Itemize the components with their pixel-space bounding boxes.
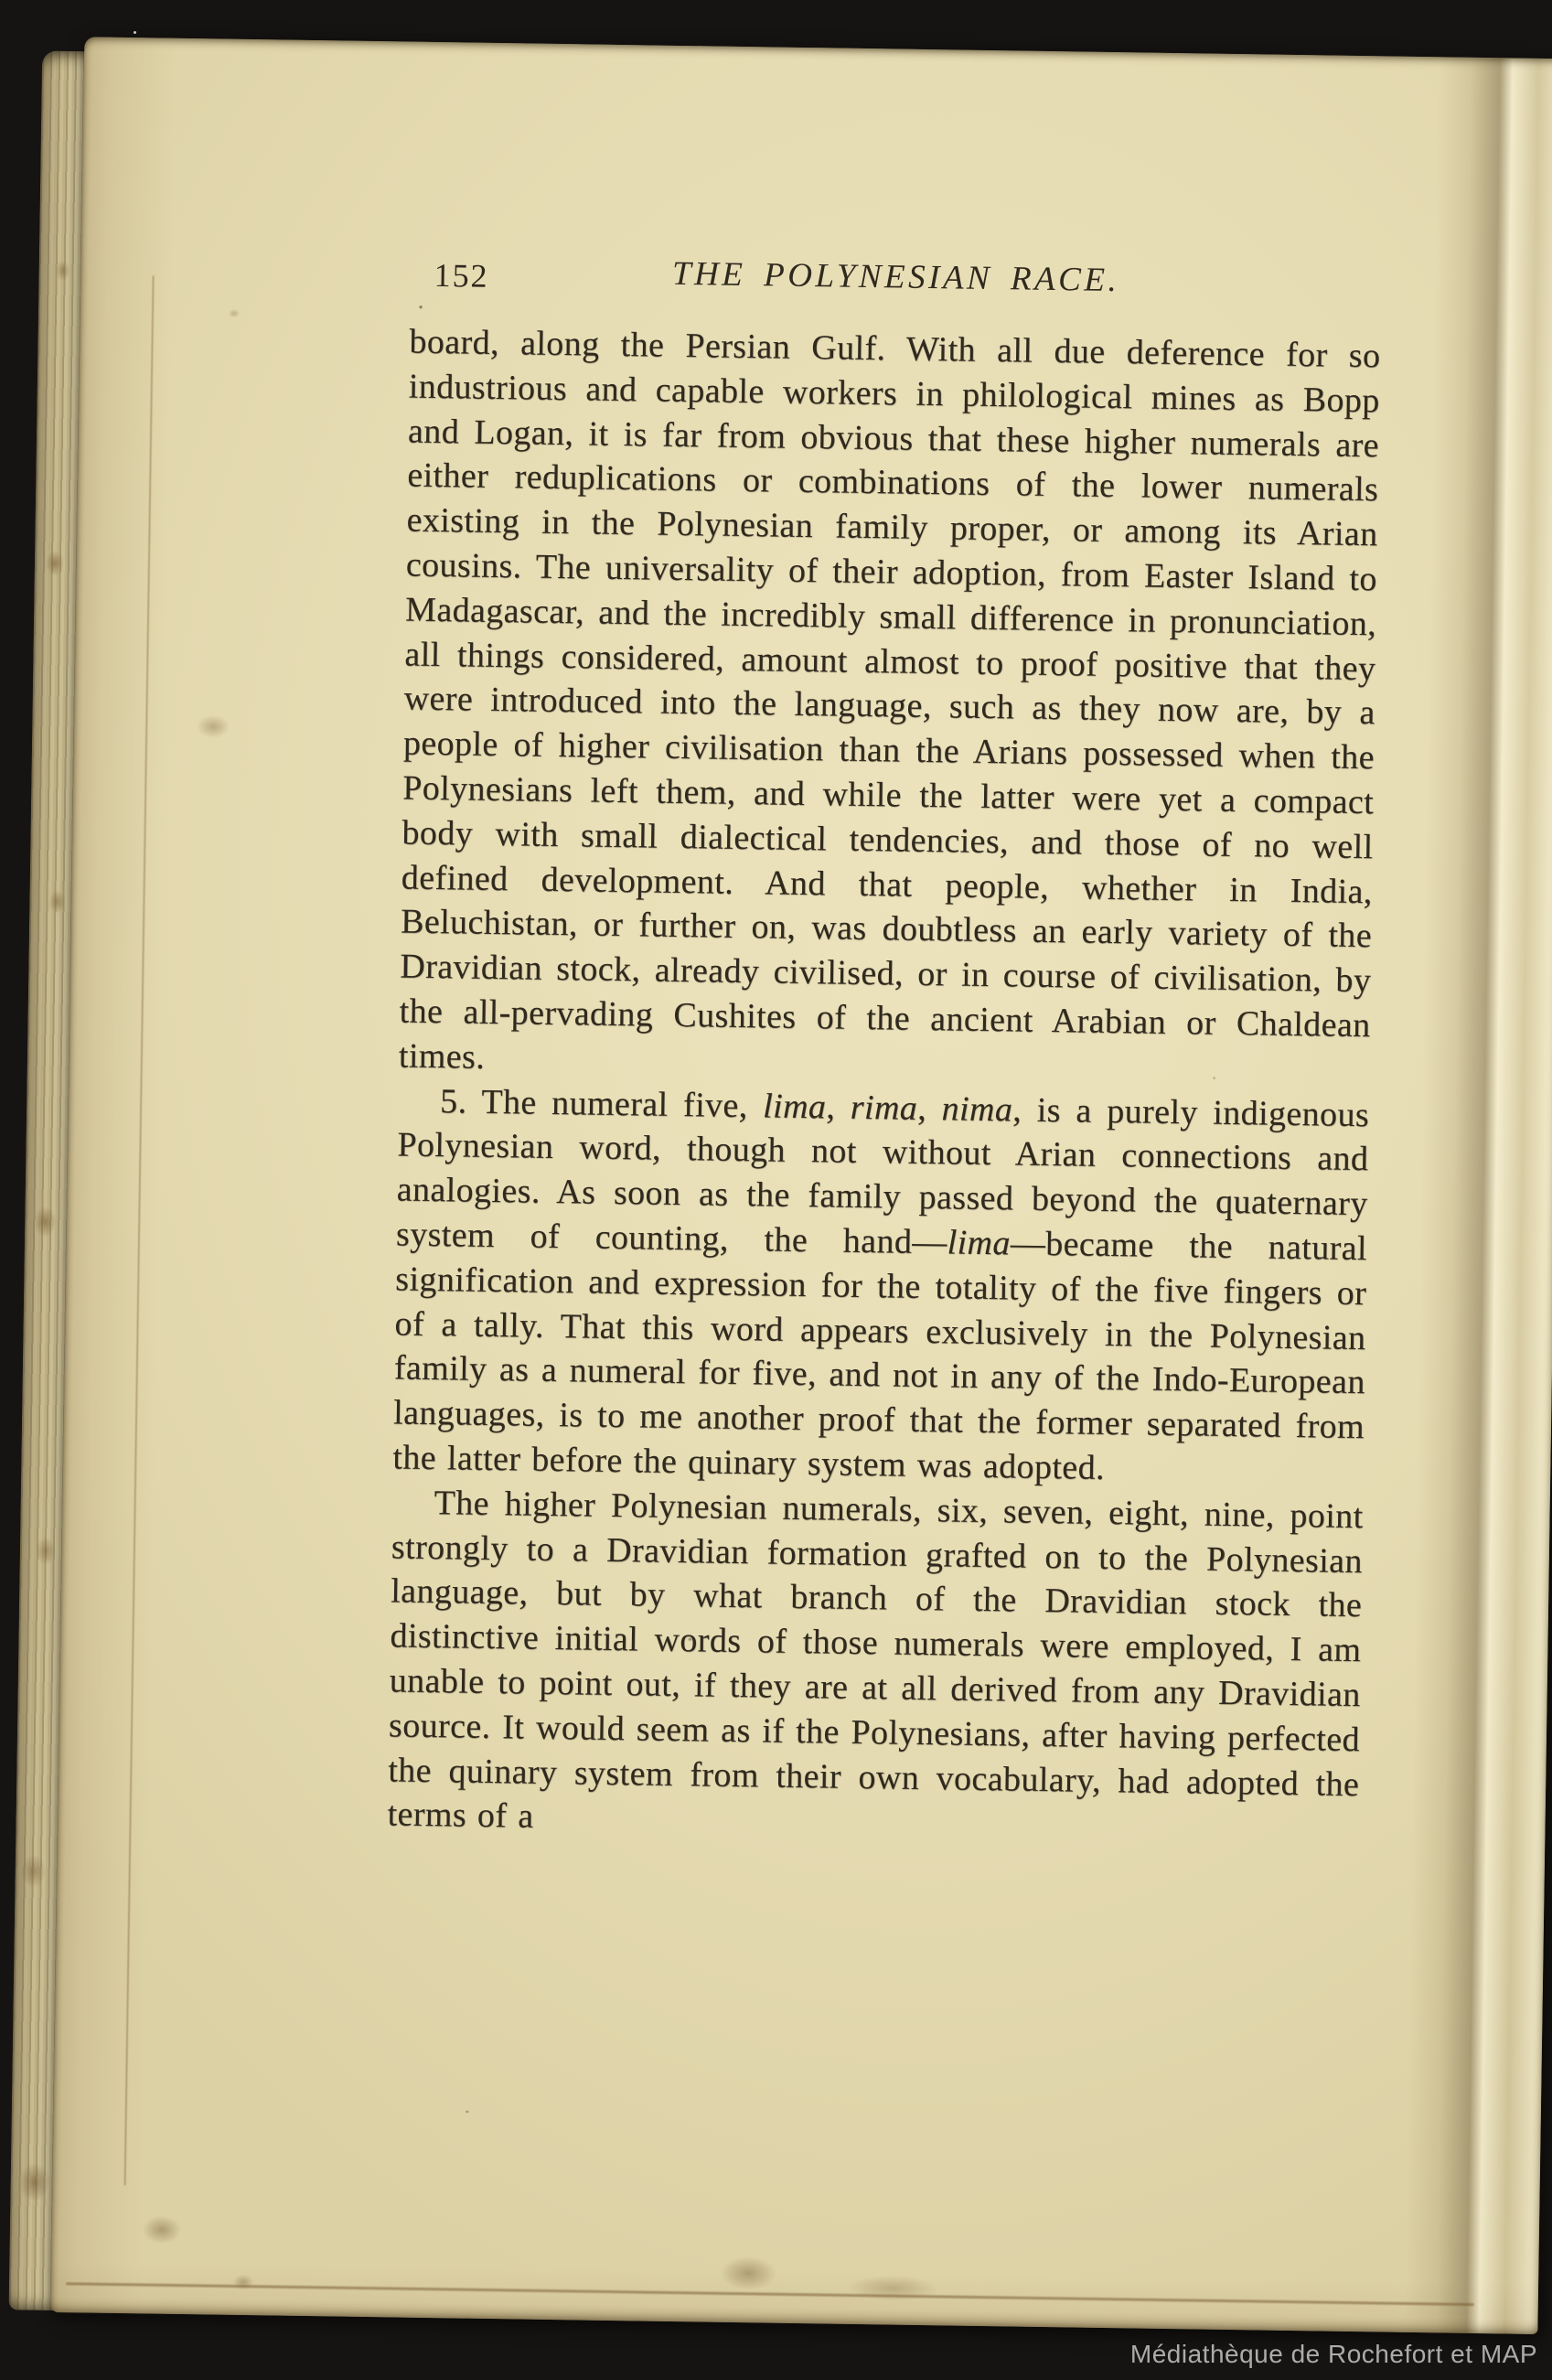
body-text: board, along the Persian Gulf. With all … (387, 320, 1380, 1852)
italic-term: nima (941, 1089, 1012, 1129)
text-run: The higher Polynesian numerals, six, sev… (387, 1484, 1364, 1836)
water-stain-line-bottom (66, 2282, 1474, 2306)
scan-background: { "page": { "number": "152", "running_ti… (0, 0, 1552, 2380)
page-number: 152 (433, 256, 489, 295)
italic-term: rima (851, 1088, 918, 1127)
watermark-label: Médiathèque de Rochefort et MAP (1130, 2340, 1537, 2369)
water-stain-line-left (124, 275, 155, 2185)
paragraph: The higher Polynesian numerals, six, sev… (387, 1480, 1364, 1851)
paragraph: 5. The numeral five, lima, rima, nima, i… (392, 1078, 1369, 1495)
italic-term: lima (947, 1223, 1011, 1262)
book: 152 THE POLYNESIAN RACE. board, along th… (9, 37, 1552, 2335)
text-run: , (917, 1088, 942, 1127)
text-run: board, along the Persian Gulf. With all … (399, 323, 1381, 1077)
printed-text: 152 THE POLYNESIAN RACE. board, along th… (387, 251, 1382, 1852)
text-run: —became the natural signification and ex… (392, 1224, 1367, 1487)
paragraph: board, along the Persian Gulf. With all … (399, 320, 1381, 1093)
text-run: 5. The numeral five, (440, 1082, 764, 1125)
text-run: , (826, 1088, 851, 1126)
italic-term: lima (763, 1087, 827, 1126)
dust-speck (134, 31, 136, 34)
